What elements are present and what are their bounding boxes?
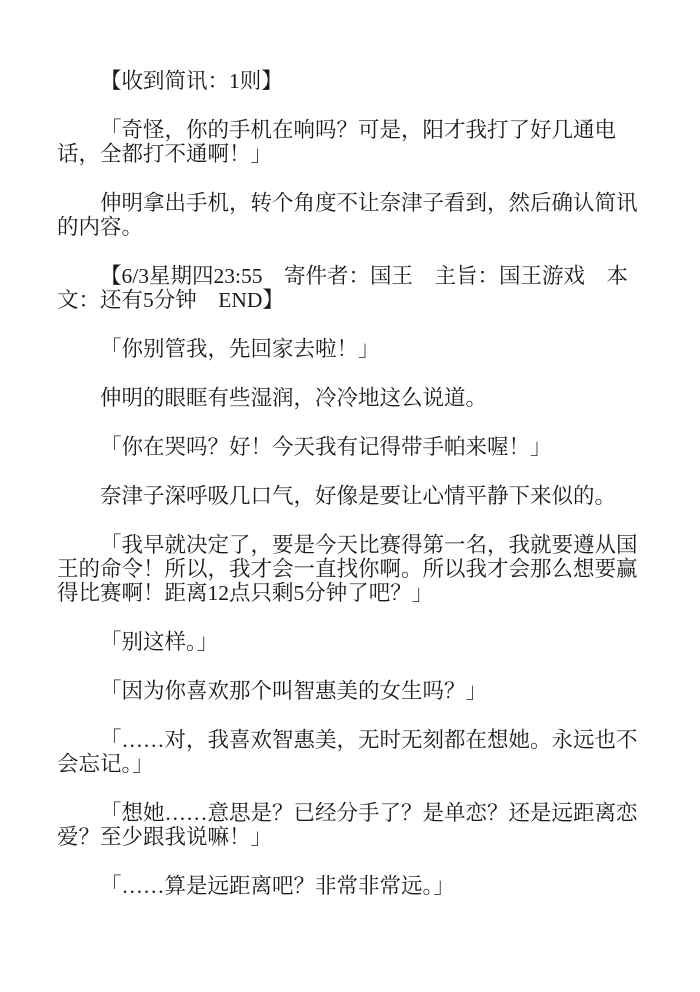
paragraph-dialogue-6: 「因为你喜欢那个叫智惠美的女生吗？」: [57, 679, 639, 703]
novel-page: 【收到简讯：1则】 「奇怪，你的手机在响吗？可是，阳才我打了好几通电话，全都打不…: [0, 0, 700, 992]
paragraph-dialogue-8: 「想她……意思是？已经分手了？是单恋？还是远距离恋爱？至少跟我说嘛！」: [57, 801, 639, 849]
paragraph-dialogue-5: 「别这样。」: [57, 630, 639, 654]
paragraph-narration-1: 伸明拿出手机，转个角度不让奈津子看到，然后确认简讯的内容。: [57, 191, 639, 239]
paragraph-dialogue-7: 「……对，我喜欢智惠美，无时无刻都在想她。永远也不会忘记。」: [57, 728, 639, 776]
paragraph-dialogue-1: 「奇怪，你的手机在响吗？可是，阳才我打了好几通电话，全都打不通啊！」: [57, 118, 639, 166]
paragraph-dialogue-4: 「我早就决定了，要是今天比赛得第一名，我就要遵从国王的命令！所以，我才会一直找你…: [57, 533, 639, 605]
paragraph-sms-notification: 【收到简讯：1则】: [57, 69, 639, 93]
paragraph-dialogue-9: 「……算是远距离吧？非常非常远。」: [57, 874, 639, 898]
paragraph-narration-2: 伸明的眼眶有些湿润，冷冷地这么说道。: [57, 386, 639, 410]
paragraph-sms-content: 【6/3星期四23:55 寄件者：国王 主旨：国王游戏 本文：还有5分钟 END…: [57, 264, 639, 312]
paragraph-dialogue-2: 「你别管我，先回家去啦！」: [57, 337, 639, 361]
paragraph-dialogue-3: 「你在哭吗？好！今天我有记得带手帕来喔！」: [57, 435, 639, 459]
paragraph-narration-3: 奈津子深呼吸几口气，好像是要让心情平静下来似的。: [57, 484, 639, 508]
